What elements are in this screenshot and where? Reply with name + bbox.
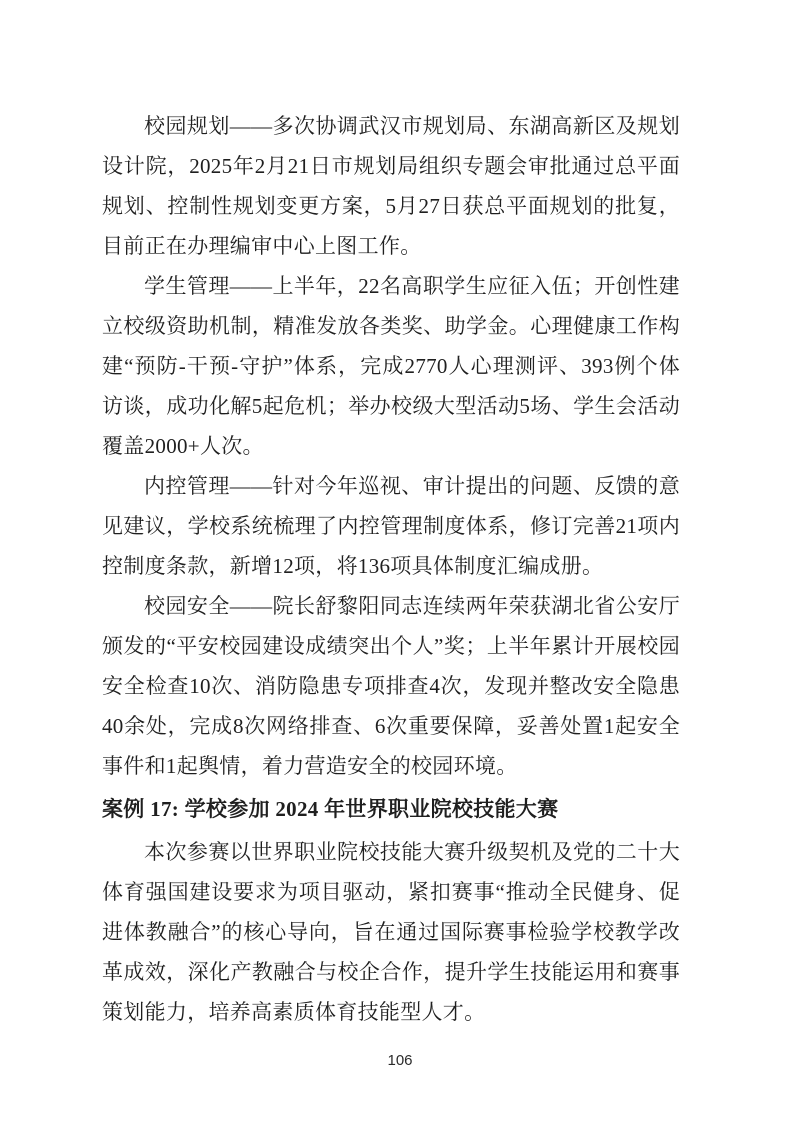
document-page: 校园规划——多次协调武汉市规划局、东湖高新区及规划设计院，2025年2月21日市…: [0, 0, 800, 1131]
page-content: 校园规划——多次协调武汉市规划局、东湖高新区及规划设计院，2025年2月21日市…: [102, 106, 680, 1032]
paragraph-competition-overview: 本次参赛以世界职业院校技能大赛升级契机及党的二十大体育强国建设要求为项目驱动，紧…: [102, 832, 680, 1032]
paragraph-campus-planning: 校园规划——多次协调武汉市规划局、东湖高新区及规划设计院，2025年2月21日市…: [102, 106, 680, 266]
case-17-heading: 案例 17: 学校参加 2024 年世界职业院校技能大赛: [102, 788, 680, 830]
paragraph-campus-safety: 校园安全——院长舒黎阳同志连续两年荣获湖北省公安厅颁发的“平安校园建设成绩突出个…: [102, 586, 680, 786]
paragraph-internal-control: 内控管理——针对今年巡视、审计提出的问题、反馈的意见建议，学校系统梳理了内控管理…: [102, 466, 680, 586]
paragraph-student-management: 学生管理——上半年，22名高职学生应征入伍；开创性建立校级资助机制，精准发放各类…: [102, 266, 680, 466]
page-number: 106: [0, 1052, 800, 1069]
